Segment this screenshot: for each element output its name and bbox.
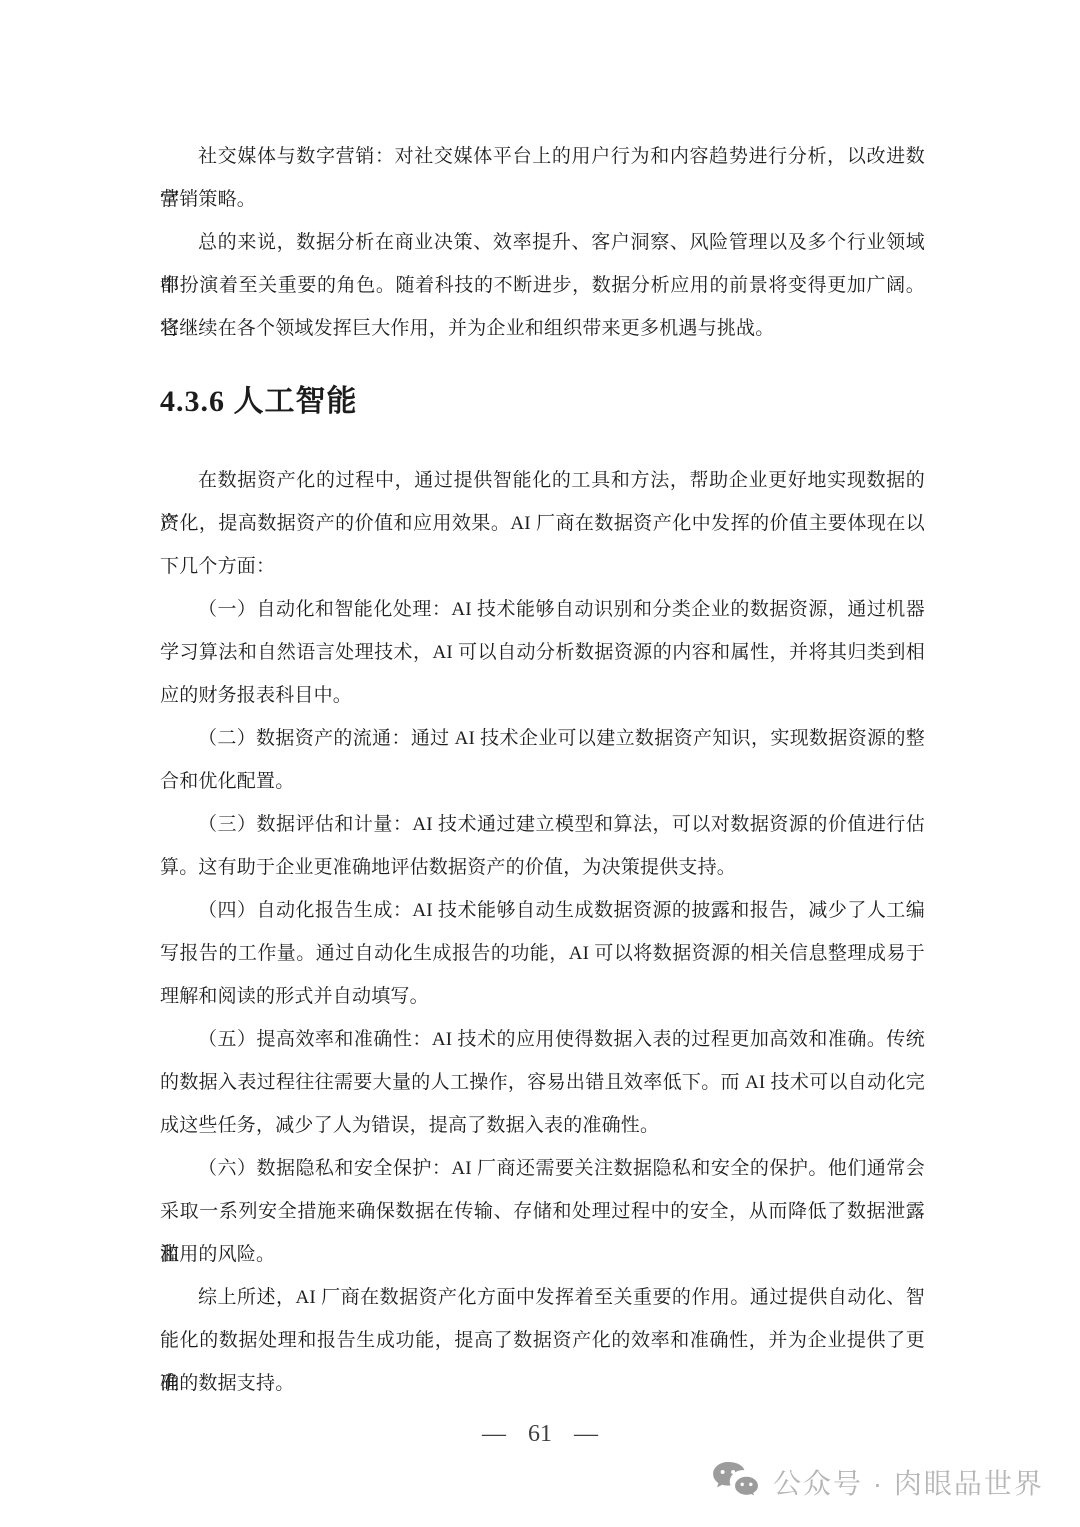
- text-line: 成这些任务，减少了人为错误，提高了数据入表的准确性。: [160, 1104, 925, 1147]
- text-line: 能化的数据处理和报告生成功能，提高了数据资产化的效率和准确性，并为企业提供了更准: [160, 1319, 925, 1362]
- text-line: 在数据资产化的过程中，通过提供智能化的工具和方法，帮助企业更好地实现数据的资: [160, 459, 925, 502]
- text-line: 写报告的工作量。通过自动化生成报告的功能，AI 可以将数据资源的相关信息整理成易…: [160, 932, 925, 975]
- text-line: （一）自动化和智能化处理：AI 技术能够自动识别和分类企业的数据资源，通过机器: [160, 588, 925, 631]
- text-line: 产化，提高数据资产的价值和应用效果。AI 厂商在数据资产化中发挥的价值主要体现在…: [160, 502, 925, 545]
- text-line: 综上所述，AI 厂商在数据资产化方面中发挥着至关重要的作用。通过提供自动化、智: [160, 1276, 925, 1319]
- text-line: （三）数据评估和计量：AI 技术通过建立模型和算法，可以对数据资源的价值进行估: [160, 803, 925, 846]
- text-line: （四）自动化报告生成：AI 技术能够自动生成数据资源的披露和报告，减少了人工编: [160, 889, 925, 932]
- text-line: 将继续在各个领域发挥巨大作用，并为企业和组织带来更多机遇与挑战。: [160, 307, 925, 350]
- wechat-icon: [712, 1461, 760, 1503]
- text-line: 的数据入表过程往往需要大量的人工操作，容易出错且效率低下。而 AI 技术可以自动…: [160, 1061, 925, 1104]
- text-line: 滥用的风险。: [160, 1233, 925, 1276]
- section-heading: 4.3.6 人工智能: [160, 377, 925, 427]
- text-line: （六）数据隐私和安全保护：AI 厂商还需要关注数据隐私和安全的保护。他们通常会: [160, 1147, 925, 1190]
- paragraph: （五）提高效率和准确性：AI 技术的应用使得数据入表的过程更加高效和准确。传统 …: [160, 1018, 925, 1147]
- document-page: 社交媒体与数字营销：对社交媒体平台上的用户行为和内容趋势进行分析，以改进数字 营…: [0, 0, 1080, 1527]
- text-line: 总的来说，数据分析在商业决策、效率提升、客户洞察、风险管理以及多个行业领域中: [160, 221, 925, 264]
- paragraph: （一）自动化和智能化处理：AI 技术能够自动识别和分类企业的数据资源，通过机器 …: [160, 588, 925, 717]
- paragraph: （四）自动化报告生成：AI 技术能够自动生成数据资源的披露和报告，减少了人工编 …: [160, 889, 925, 1018]
- text-line: 社交媒体与数字营销：对社交媒体平台上的用户行为和内容趋势进行分析，以改进数字: [160, 135, 925, 178]
- text-line: 营销策略。: [160, 178, 925, 221]
- paragraph: （三）数据评估和计量：AI 技术通过建立模型和算法，可以对数据资源的价值进行估 …: [160, 803, 925, 889]
- text-line: 确的数据支持。: [160, 1362, 925, 1405]
- text-line: （二）数据资产的流通：通过 AI 技术企业可以建立数据资产知识，实现数据资源的整: [160, 717, 925, 760]
- text-line: 学习算法和自然语言处理技术，AI 可以自动分析数据资源的内容和属性，并将其归类到…: [160, 631, 925, 674]
- watermark: 公众号 · 肉眼品世界: [712, 1458, 1044, 1506]
- paragraph: 社交媒体与数字营销：对社交媒体平台上的用户行为和内容趋势进行分析，以改进数字 营…: [160, 135, 925, 221]
- text-line: 合和优化配置。: [160, 760, 925, 803]
- paragraph: 在数据资产化的过程中，通过提供智能化的工具和方法，帮助企业更好地实现数据的资 产…: [160, 459, 925, 588]
- paragraph: 综上所述，AI 厂商在数据资产化方面中发挥着至关重要的作用。通过提供自动化、智 …: [160, 1276, 925, 1405]
- text-line: 算。这有助于企业更准确地评估数据资产的价值，为决策提供支持。: [160, 846, 925, 889]
- paragraph: 总的来说，数据分析在商业决策、效率提升、客户洞察、风险管理以及多个行业领域中 都…: [160, 221, 925, 350]
- text-line: 应的财务报表科目中。: [160, 674, 925, 717]
- page-number: — 61 —: [0, 1414, 1080, 1454]
- paragraph: （二）数据资产的流通：通过 AI 技术企业可以建立数据资产知识，实现数据资源的整…: [160, 717, 925, 803]
- watermark-text: 公众号 · 肉眼品世界: [773, 1462, 1044, 1502]
- text-line: 下几个方面：: [160, 545, 925, 588]
- page-content: 社交媒体与数字营销：对社交媒体平台上的用户行为和内容趋势进行分析，以改进数字 营…: [160, 135, 925, 1405]
- text-line: 理解和阅读的形式并自动填写。: [160, 975, 925, 1018]
- text-line: 采取一系列安全措施来确保数据在传输、存储和处理过程中的安全，从而降低了数据泄露和: [160, 1190, 925, 1233]
- paragraph: （六）数据隐私和安全保护：AI 厂商还需要关注数据隐私和安全的保护。他们通常会 …: [160, 1147, 925, 1276]
- text-line: （五）提高效率和准确性：AI 技术的应用使得数据入表的过程更加高效和准确。传统: [160, 1018, 925, 1061]
- text-line: 都扮演着至关重要的角色。随着科技的不断进步，数据分析应用的前景将变得更加广阔。它: [160, 264, 925, 307]
